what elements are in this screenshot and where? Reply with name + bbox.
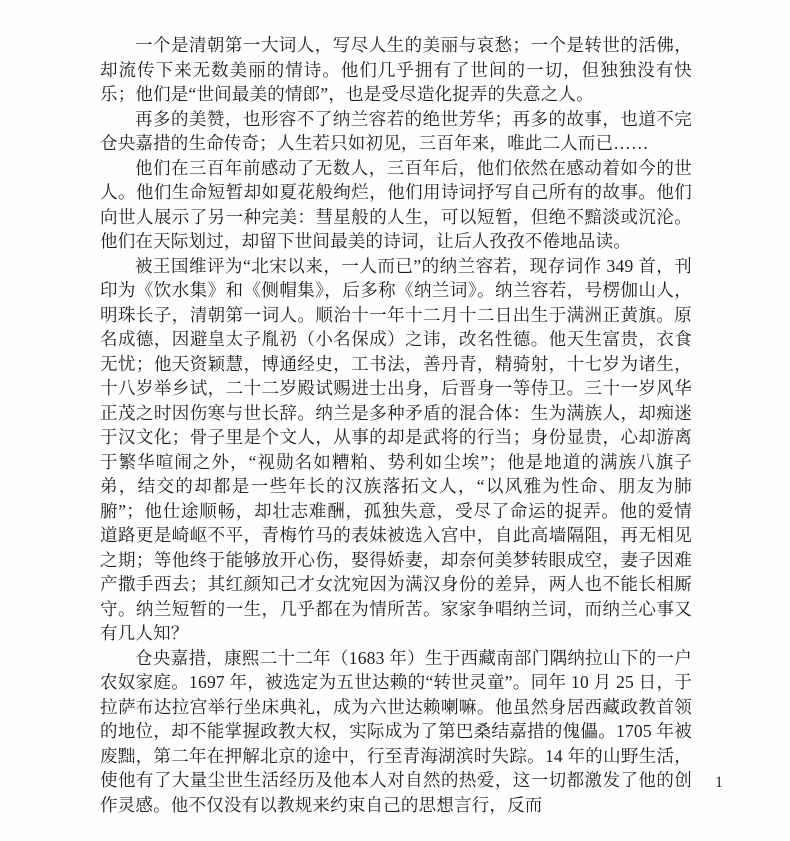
text-block: 一个是清朝第一大词人，写尽人生的美丽与哀愁；一个是转世的活佛，却流传下来无数美丽… [100, 33, 692, 817]
paragraph: 再多的美赞，也形容不了纳兰容若的绝世芳华；再多的故事，也道不完仓央嘉措的生命传奇… [100, 107, 692, 156]
paragraph: 仓央嘉措，康熙二十二年（1683 年）生于西藏南部门隅纳拉山下的一户农奴家庭。1… [100, 646, 692, 818]
paragraph: 一个是清朝第一大词人，写尽人生的美丽与哀愁；一个是转世的活佛，却流传下来无数美丽… [100, 33, 692, 107]
paragraph: 他们在三百年前感动了无数人，三百年后，他们依然在感动着如今的世人。他们生命短暂却… [100, 156, 692, 254]
book-page: 一个是清朝第一大词人，写尽人生的美丽与哀愁；一个是转世的活佛，却流传下来无数美丽… [0, 0, 790, 841]
page-number: 1 [704, 774, 734, 792]
paragraph: 被王国维评为“北宋以来，一人而已”的纳兰容若，现存词作 349 首，刊印为《饮水… [100, 254, 692, 646]
